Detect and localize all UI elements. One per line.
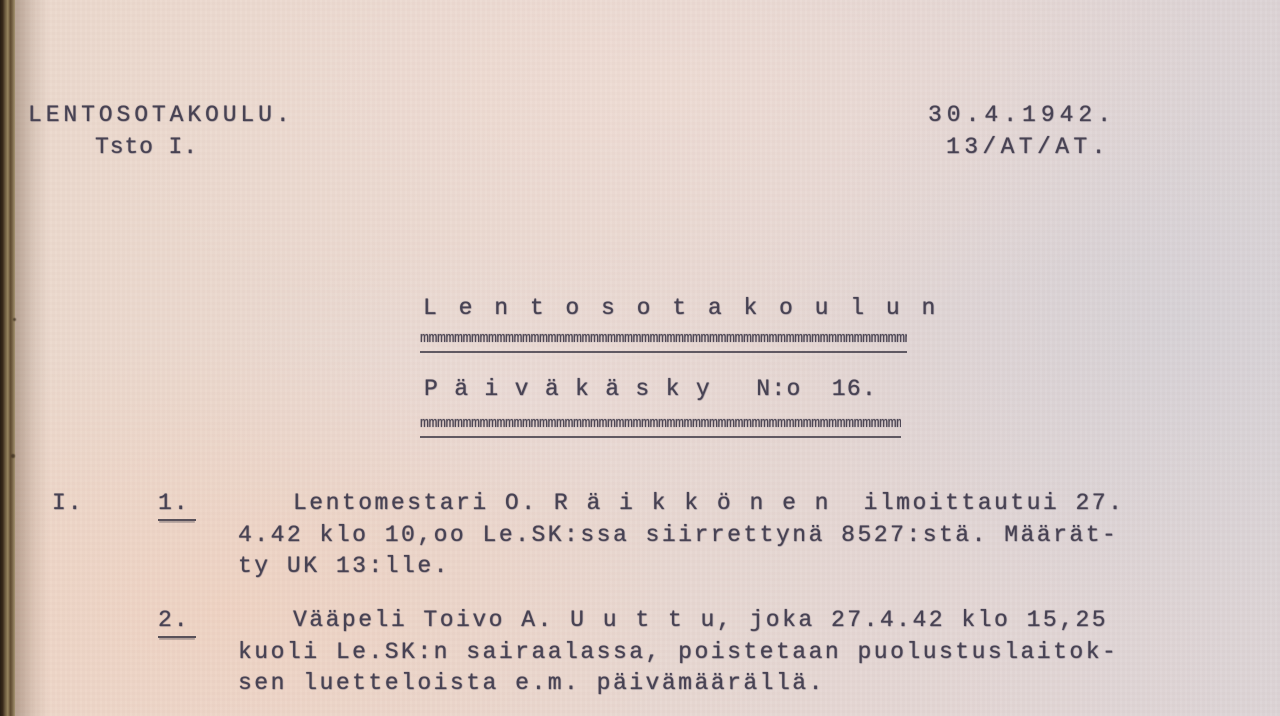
document-title-line2-order-number: P ä i v ä k ä s k y N:o 16.: [424, 374, 877, 404]
title-underline-band-2: mmmmmmmmmmmmmmmmmmmmmmmmmmmmmmmmmmmmmmmm…: [420, 416, 901, 438]
org-office: Tsto I.: [95, 132, 198, 162]
paper-speck: [11, 454, 15, 458]
paper-speck: [13, 318, 16, 321]
item-2-text-line: Vääpeli Toivo A. U u t t u, joka 27.4.42…: [293, 605, 1108, 635]
item-1-text-line: 4.42 klo 10,oo Le.SK:ssa siirrettynä 852…: [238, 520, 1118, 550]
document-date: 30.4.1942.: [928, 100, 1116, 130]
item-1-number-text: 1.: [158, 488, 196, 521]
document-reference-number: 13/AT/AT.: [946, 132, 1110, 162]
item-2-text-line: kuoli Le.SK:n sairaalassa, poistetaan pu…: [238, 637, 1118, 667]
item-1-text-line: ty UK 13:lle.: [238, 551, 450, 581]
item-2-text-line: sen luetteloista e.m. päivämäärällä.: [238, 668, 825, 698]
title-underline-band-1: mmmmmmmmmmmmmmmmmmmmmmmmmmmmmmmmmmmmmmmm…: [420, 331, 907, 353]
item-2-number: 2.: [158, 605, 196, 638]
page-binding-edge: [0, 0, 15, 716]
section-label: I.: [52, 488, 84, 518]
scanned-document-page: LENTOSOTAKOULU. Tsto I. 30.4.1942. 13/AT…: [0, 0, 1280, 716]
org-name: LENTOSOTAKOULU.: [28, 100, 294, 130]
item-1-text-line: Lentomestari O. R ä i k k ö n e n ilmoit…: [293, 488, 1124, 518]
item-1-number: 1.: [158, 488, 196, 521]
document-title-line1: L e n t o s o t a k o u l u n: [423, 293, 939, 323]
item-2-number-text: 2.: [158, 605, 196, 638]
